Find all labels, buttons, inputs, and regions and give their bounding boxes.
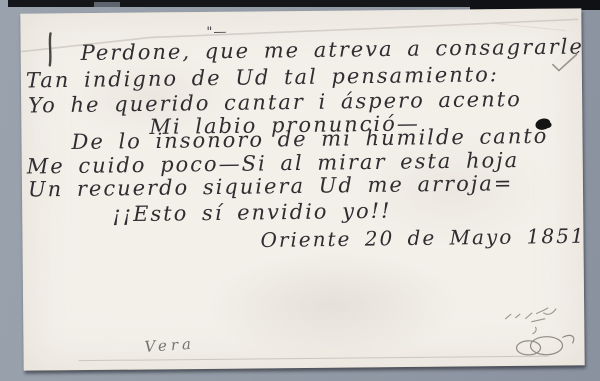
photo-mat: "— Perdone, que me atreva a consagrarle …: [0, 0, 600, 381]
poem-line-8: ¡¡Esto sí envidio yo!!: [112, 199, 392, 227]
crease-line-secondary: [320, 22, 565, 32]
pencil-name-annotation: Vera: [144, 335, 195, 356]
insertion-mark: "—: [206, 25, 227, 40]
pencil-circular-scribble: [516, 335, 573, 355]
adjacent-photo-edge: [8, 0, 600, 7]
pencil-notation-scribble: [505, 308, 556, 334]
dateline: Oriente 20 de Mayo 1851: [260, 224, 585, 252]
paper-tear-mark: [49, 33, 50, 65]
manuscript-photograph: "— Perdone, que me atreva a consagrarle …: [20, 8, 584, 370]
adjacent-photo-edge-gap: [94, 2, 120, 7]
